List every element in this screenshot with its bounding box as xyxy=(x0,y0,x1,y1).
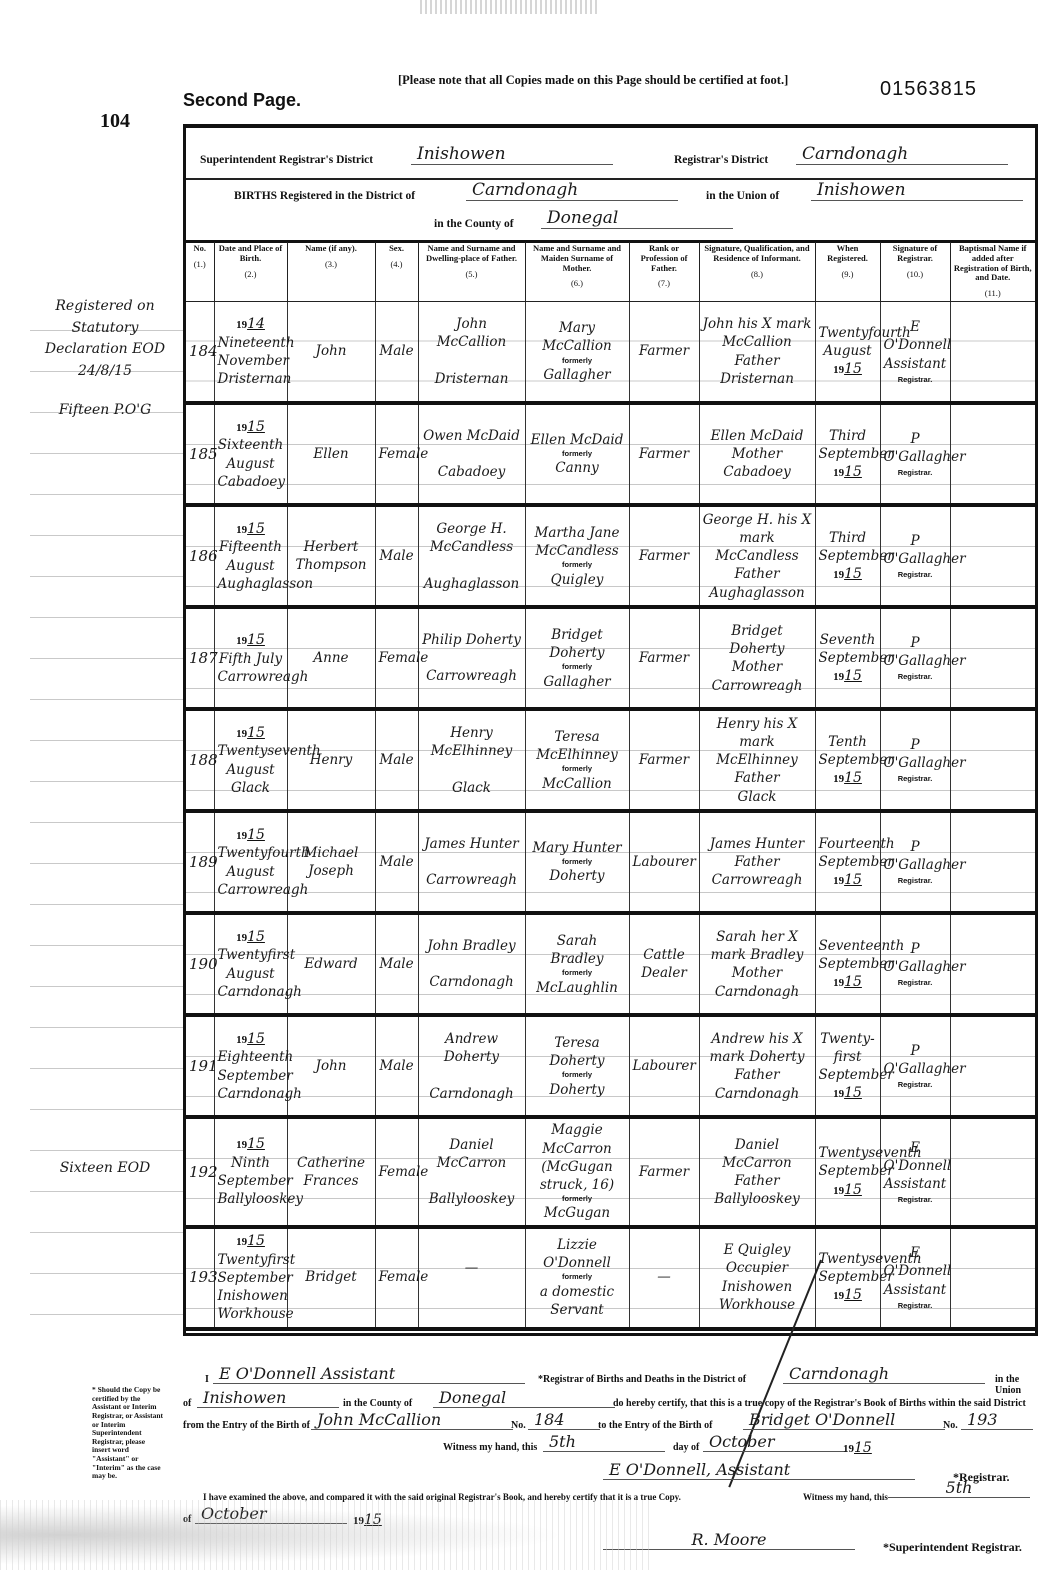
father-profession: Farmer xyxy=(639,1164,689,1180)
cell-registrar: E O'Donnell AssistantRegistrar. xyxy=(880,1117,950,1226)
cell-mother: Teresa McElhinneyformerlyMcCallion xyxy=(525,709,629,811)
year-suffix: 15 xyxy=(844,872,862,888)
informant-signature: Sarah her X mark Bradley xyxy=(711,929,804,963)
birth-place: Inishowen Workhouse xyxy=(218,1288,294,1322)
informant-signature: John his X mark McCallion xyxy=(703,316,812,350)
year-suffix: 15 xyxy=(844,1182,862,1198)
entry-number: 191 xyxy=(189,1057,218,1075)
cert-witness2-label: Witness my hand, this xyxy=(803,1492,888,1502)
year-suffix: 15 xyxy=(247,1031,265,1047)
father-profession: — xyxy=(657,1269,671,1285)
informant-residence: Carrowreagh xyxy=(712,872,803,888)
year-prefix: 19 xyxy=(236,524,247,536)
year-prefix: 19 xyxy=(833,671,844,683)
cell-name: Bridget xyxy=(287,1227,375,1329)
cell-sex: Female xyxy=(375,607,418,709)
column-header-row: No.(1.)Date and Place of Birth.(2.)Name … xyxy=(186,242,1035,301)
registration-year: 1915 xyxy=(833,467,862,479)
cell-name: Edward xyxy=(287,913,375,1015)
year-prefix: 19 xyxy=(236,1139,247,1151)
year-suffix: 15 xyxy=(844,770,862,786)
birth-year: 1915 xyxy=(236,1139,265,1151)
cell-sex: Female xyxy=(375,403,418,505)
birth-place: Aughaglasson xyxy=(218,576,314,592)
table-row: 1911915Eighteenth SeptemberCarndonaghJoh… xyxy=(186,1015,1035,1117)
column-number: (11.) xyxy=(953,289,1034,299)
cell-registrar: P O'GallagherRegistrar. xyxy=(880,913,950,1015)
father-profession: Cattle Dealer xyxy=(641,947,687,981)
cell-informant: James HunterFatherCarrowreagh xyxy=(699,811,815,913)
cell-profession: Farmer xyxy=(629,607,699,709)
cell-registrar: E O'Donnell AssistantRegistrar. xyxy=(880,301,950,403)
mother-maiden-name: Canny xyxy=(555,460,598,476)
cell-mother: Bridget DohertyformerlyGallagher xyxy=(525,607,629,709)
informant-residence: Cabadoey xyxy=(723,464,790,480)
informant-residence: Carndonagh xyxy=(715,1086,799,1102)
mother-maiden-name: Quigley xyxy=(551,572,604,588)
registration-year: 1915 xyxy=(833,671,862,683)
birth-place: Dristernan xyxy=(218,371,292,387)
cell-registrar: E O'Donnell AssistantRegistrar. xyxy=(880,1227,950,1329)
table-row: 1921915Ninth SeptemberBallylooskeyCather… xyxy=(186,1117,1035,1226)
cell-name: Michael Joseph xyxy=(287,811,375,913)
cell-name: John xyxy=(287,1015,375,1117)
year-suffix: 15 xyxy=(844,1287,862,1303)
registrars-district-value: Carndonagh xyxy=(796,144,1008,165)
formerly-label: formerly xyxy=(529,449,626,459)
birth-place: Cabadoey xyxy=(218,474,285,490)
cert-from-name: John McCallion xyxy=(311,1410,513,1430)
informant-qualification: Mother xyxy=(732,659,783,675)
informant-qualification: Father xyxy=(734,854,779,870)
column-header-10: Signature of Registrar.(10.) xyxy=(880,242,950,301)
father-profession: Farmer xyxy=(639,446,689,462)
year-prefix: 19 xyxy=(833,467,844,479)
father-profession: Farmer xyxy=(639,343,689,359)
registration-year: 1915 xyxy=(833,1290,862,1302)
child-name: Anne xyxy=(313,650,348,666)
birth-date: Fifteenth August xyxy=(219,539,282,573)
table-row: 1851915Sixteenth AugustCabadoeyEllenFema… xyxy=(186,403,1035,505)
year-suffix: 15 xyxy=(844,566,862,582)
informant-signature: Andrew his X mark Doherty xyxy=(710,1031,805,1065)
cell-informant: George H. his X mark McCandlessFatherAug… xyxy=(699,505,815,607)
mother-maiden-name: McLaughlin xyxy=(536,980,618,996)
father-name: John Bradley xyxy=(427,938,515,954)
column-number: (8.) xyxy=(702,270,813,280)
formerly-label: formerly xyxy=(529,857,626,867)
cell-no: 190 xyxy=(186,913,214,1015)
cell-name: Anne xyxy=(287,607,375,709)
serial-number: 01563815 xyxy=(880,78,977,101)
superintendent-district-label: Superintendent Registrar's District xyxy=(200,154,373,166)
cell-profession: Farmer xyxy=(629,1117,699,1226)
year-suffix: 15 xyxy=(247,521,265,537)
formerly-label: formerly xyxy=(529,560,626,570)
column-title: Signature of Registrar. xyxy=(893,243,937,263)
cert-certify-text: do hereby certify, that this is a true c… xyxy=(613,1398,1043,1409)
birth-date: Nineteenth November xyxy=(218,335,295,369)
mother-name: Martha Jane McCandless xyxy=(535,525,620,559)
cell-mother: Ellen McDaidformerlyCanny xyxy=(525,403,629,505)
father-dwelling: Cabadoey xyxy=(438,464,505,480)
birth-year: 1915 xyxy=(236,422,265,434)
father-profession: Farmer xyxy=(639,650,689,666)
cert-witness-label: Witness my hand, this xyxy=(443,1442,537,1453)
column-header-11: Baptismal Name if added after Registrati… xyxy=(950,242,1035,301)
column-title: Name and Surname and Maiden Surname of M… xyxy=(533,243,621,273)
column-number: (3.) xyxy=(290,260,373,270)
scan-artifact-bottom xyxy=(0,1500,650,1570)
cell-registrar: P O'GallagherRegistrar. xyxy=(880,403,950,505)
cell-registrar: P O'GallagherRegistrar. xyxy=(880,505,950,607)
cell-date-place: 1915Fifteenth AugustAughaglasson xyxy=(214,505,287,607)
mother-name: Teresa McElhinney xyxy=(536,729,618,763)
cell-no: 185 xyxy=(186,403,214,505)
child-name: Ellen xyxy=(313,446,348,462)
father-profession: Farmer xyxy=(639,548,689,564)
cell-profession: Labourer xyxy=(629,1015,699,1117)
year-suffix: 15 xyxy=(844,361,862,377)
year-suffix: 15 xyxy=(247,725,265,741)
child-name: Herbert Thompson xyxy=(295,539,366,573)
column-number: (2.) xyxy=(217,270,285,280)
column-header-3: Name (if any).(3.) xyxy=(287,242,375,301)
superintendent-district-value: Inishowen xyxy=(411,144,613,165)
informant-residence: Carndonagh xyxy=(715,984,799,1000)
cell-registered: Seventh September1915 xyxy=(815,607,880,709)
registration-year: 1915 xyxy=(833,364,862,376)
column-number: (5.) xyxy=(421,270,523,280)
year-suffix: 15 xyxy=(247,827,265,843)
child-sex: Female xyxy=(379,650,429,666)
table-row: 1931915Twentyfirst SeptemberInishowen Wo… xyxy=(186,1227,1035,1329)
cell-date-place: 1915Ninth SeptemberBallylooskey xyxy=(214,1117,287,1226)
birth-place: Carndonagh xyxy=(218,1086,302,1102)
birth-year: 1915 xyxy=(236,830,265,842)
column-header-9: When Registered.(9.) xyxy=(815,242,880,301)
mother-name: Mary McCallion xyxy=(542,320,612,354)
cert-signature: E O'Donnell, Assistant xyxy=(603,1460,915,1480)
year-prefix: 19 xyxy=(236,635,247,647)
cell-date-place: 1915Twentyseventh AugustGlack xyxy=(214,709,287,811)
registration-year: 1915 xyxy=(833,773,862,785)
cell-informant: John his X mark McCallionFatherDristerna… xyxy=(699,301,815,403)
father-profession: Farmer xyxy=(639,752,689,768)
cell-profession: Farmer xyxy=(629,301,699,403)
cell-sex: Male xyxy=(375,709,418,811)
column-title: Rank or Profession of Father. xyxy=(641,243,688,273)
cell-date-place: 1915Twentyfourth AugustCarrowreagh xyxy=(214,811,287,913)
cell-registered: Tenth September1915 xyxy=(815,709,880,811)
birth-year: 1915 xyxy=(236,1236,265,1248)
informant-qualification: Father xyxy=(734,1067,779,1083)
table-row: 1871915Fifth JulyCarrowreaghAnneFemalePh… xyxy=(186,607,1035,709)
cell-profession: Labourer xyxy=(629,811,699,913)
child-sex: Male xyxy=(379,1058,413,1074)
cell-informant: Daniel McCarronFatherBallylooskey xyxy=(699,1117,815,1226)
father-profession: Labourer xyxy=(633,1058,696,1074)
formerly-label: formerly xyxy=(529,1070,626,1080)
column-header-6: Name and Surname and Maiden Surname of M… xyxy=(525,242,629,301)
year-prefix: 19 xyxy=(236,728,247,740)
cell-profession: Farmer xyxy=(629,403,699,505)
column-header-2: Date and Place of Birth.(2.) xyxy=(214,242,287,301)
cert-of-label: of xyxy=(183,1398,191,1409)
father-dwelling: Glack xyxy=(452,780,491,796)
cell-date-place: 1915Sixteenth AugustCabadoey xyxy=(214,403,287,505)
cell-mother: Lizzie O'Donnellformerlya domestic Serva… xyxy=(525,1227,629,1329)
cell-sex: Male xyxy=(375,1015,418,1117)
registrar-label: Registrar. xyxy=(884,570,947,580)
cert-superintendent-label: *Superintendent Registrar. xyxy=(883,1540,1022,1555)
child-name: Bridget xyxy=(305,1269,356,1285)
cell-informant: Henry his X mark McElhinneyFatherGlack xyxy=(699,709,815,811)
father-dwelling: Carrowreagh xyxy=(426,872,517,888)
cell-date-place: 1915Fifth JulyCarrowreagh xyxy=(214,607,287,709)
registrar-label: Registrar. xyxy=(884,1301,947,1311)
birth-place: Glack xyxy=(231,780,270,796)
birth-year: 1915 xyxy=(236,1034,265,1046)
cell-no: 191 xyxy=(186,1015,214,1117)
registrar-label: Registrar. xyxy=(884,774,947,784)
column-title: Name and Surname and Dwelling-place of F… xyxy=(426,243,517,263)
register-frame: Superintendent Registrar's District Inis… xyxy=(183,124,1038,1336)
father-name: George H. McCandless xyxy=(430,521,513,555)
informant-residence: Dristernan xyxy=(720,371,794,387)
table-row: 1861915Fifteenth AugustAughaglassonHerbe… xyxy=(186,505,1035,607)
registrar-label: Registrar. xyxy=(884,468,947,478)
birth-date: Twentyfirst August xyxy=(218,947,296,981)
cell-father: Henry McElhinneyGlack xyxy=(418,709,525,811)
father-dwelling: Carrowreagh xyxy=(426,668,517,684)
father-dwelling: Carndonagh xyxy=(429,1086,513,1102)
column-number: (4.) xyxy=(378,260,416,270)
informant-signature: Bridget Doherty xyxy=(729,623,784,657)
registration-year: 1915 xyxy=(833,1185,862,1197)
cell-name: Catherine Frances xyxy=(287,1117,375,1226)
informant-qualification: Father xyxy=(734,1173,779,1189)
cell-informant: Bridget DohertyMotherCarrowreagh xyxy=(699,607,815,709)
cell-date-place: 1915Eighteenth SeptemberCarndonagh xyxy=(214,1015,287,1117)
birth-year: 1915 xyxy=(236,932,265,944)
cell-mother: Mary McCallionformerlyGallagher xyxy=(525,301,629,403)
cert-to-no: 193 xyxy=(961,1410,1033,1430)
year-suffix: 15 xyxy=(247,632,265,648)
year-prefix: 19 xyxy=(236,422,247,434)
cert-witness-month: October xyxy=(703,1432,845,1452)
year-suffix: 15 xyxy=(844,464,862,480)
cell-no: 189 xyxy=(186,811,214,913)
year-suffix: 15 xyxy=(854,1440,872,1456)
cell-date-place: 1914Nineteenth NovemberDristernan xyxy=(214,301,287,403)
child-name: John xyxy=(316,343,347,359)
child-name: Michael Joseph xyxy=(304,845,359,879)
year-suffix: 15 xyxy=(247,1233,265,1249)
child-sex: Male xyxy=(379,343,413,359)
birth-year: 1915 xyxy=(236,728,265,740)
mother-name: Ellen McDaid xyxy=(531,432,624,448)
cell-name: John xyxy=(287,301,375,403)
cell-father: George H. McCandlessAughaglasson xyxy=(418,505,525,607)
column-title: No. xyxy=(193,243,206,253)
father-name: Andrew Doherty xyxy=(444,1031,499,1065)
entry-number: 184 xyxy=(189,342,218,360)
column-header-5: Name and Surname and Dwelling-place of F… xyxy=(418,242,525,301)
child-sex: Female xyxy=(379,446,429,462)
cell-registrar: P O'GallagherRegistrar. xyxy=(880,1015,950,1117)
year-prefix: 19 xyxy=(833,1290,844,1302)
cell-baptismal xyxy=(950,301,1035,403)
margin-note-184: Registered on Statutory Declaration EOD … xyxy=(30,296,180,383)
informant-residence: Ballylooskey xyxy=(714,1191,800,1207)
birth-place: Ballylooskey xyxy=(218,1191,304,1207)
registrar-label: Registrar. xyxy=(884,375,947,385)
table-row: 1891915Twentyfourth AugustCarrowreaghMic… xyxy=(186,811,1035,913)
informant-qualification: Mother xyxy=(732,446,783,462)
cell-father: James HunterCarrowreagh xyxy=(418,811,525,913)
column-header-4: Sex.(4.) xyxy=(375,242,418,301)
registrar-label: Registrar. xyxy=(884,672,947,682)
cell-mother: Sarah BradleyformerlyMcLaughlin xyxy=(525,913,629,1015)
margin-ruled-lines xyxy=(30,290,183,1340)
child-name: John xyxy=(316,1058,347,1074)
father-name: Henry McElhinney xyxy=(431,725,513,759)
cell-father: John BradleyCarndonagh xyxy=(418,913,525,1015)
certification-note: [Please note that all Copies made on thi… xyxy=(398,73,788,88)
informant-signature: George H. his X mark McCandless xyxy=(703,512,811,564)
cell-informant: Andrew his X mark DohertyFatherCarndonag… xyxy=(699,1015,815,1117)
year-suffix: 14 xyxy=(247,316,265,332)
birth-date: Fifth July xyxy=(219,651,282,667)
cell-sex: Male xyxy=(375,505,418,607)
cell-registrar: P O'GallagherRegistrar. xyxy=(880,811,950,913)
father-dwelling: Aughaglasson xyxy=(424,576,520,592)
birth-date: Ninth September xyxy=(218,1155,293,1189)
table-row: 1901915Twentyfirst AugustCarndonaghEdwar… xyxy=(186,913,1035,1015)
cell-informant: Sarah her X mark BradleyMotherCarndonagh xyxy=(699,913,815,1015)
mother-name: Mary Hunter xyxy=(532,840,621,856)
cell-registered: Third September1915 xyxy=(815,403,880,505)
year-suffix: 15 xyxy=(247,929,265,945)
formerly-label: formerly xyxy=(529,764,626,774)
birth-place: Carndonagh xyxy=(218,984,302,1000)
formerly-label: formerly xyxy=(529,1194,626,1204)
year-prefix: 19 xyxy=(236,1034,247,1046)
cell-father: Owen McDaidCabadoey xyxy=(418,403,525,505)
page-title: Second Page. xyxy=(183,90,301,111)
registrar-label: Registrar. xyxy=(884,876,947,886)
margin-note-192: Sixteen EOD xyxy=(30,1158,180,1180)
father-name: Owen McDaid xyxy=(423,428,520,444)
mother-name: Teresa Doherty xyxy=(549,1035,604,1069)
year-prefix: 19 xyxy=(833,569,844,581)
cell-father: John McCallionDristernan xyxy=(418,301,525,403)
cell-no: 186 xyxy=(186,505,214,607)
child-sex: Male xyxy=(379,854,413,870)
registration-year: 1915 xyxy=(833,977,862,989)
cert-witness-day: 5th xyxy=(543,1432,665,1452)
cell-no: 192 xyxy=(186,1117,214,1226)
entry-number: 190 xyxy=(189,955,218,973)
cell-baptismal xyxy=(950,1117,1035,1226)
child-sex: Female xyxy=(379,1269,429,1285)
cert-to-label: to the Entry of the Birth of xyxy=(598,1420,712,1431)
child-name: Edward xyxy=(304,956,357,972)
cell-name: Ellen xyxy=(287,403,375,505)
cert-union: Inishowen xyxy=(197,1388,339,1408)
column-number: (9.) xyxy=(818,270,878,280)
cert-registrar-of-label: *Registrar of Births and Deaths in the D… xyxy=(538,1374,746,1385)
column-header-1: No.(1.) xyxy=(186,242,214,301)
county-label: in the County of xyxy=(434,218,514,230)
entry-number: 185 xyxy=(189,445,218,463)
scan-artifact xyxy=(420,0,600,14)
father-dwelling: Ballylooskey xyxy=(429,1191,515,1207)
cell-registered: Twentyfourth August1915 xyxy=(815,301,880,403)
cert-witness-year: 1915 xyxy=(843,1440,872,1456)
mother-maiden-name: Doherty xyxy=(549,868,604,884)
cert-district: Carndonagh xyxy=(783,1364,985,1384)
cert-from-no: 184 xyxy=(528,1410,600,1430)
year-prefix: 19 xyxy=(236,1236,247,1248)
formerly-label: formerly xyxy=(529,662,626,672)
informant-signature: Henry his X mark McElhinney xyxy=(716,716,798,768)
informant-residence: Carrowreagh xyxy=(712,678,803,694)
father-name: Daniel McCarron xyxy=(437,1137,507,1171)
cert-day-of-label: day of xyxy=(673,1442,699,1453)
column-title: When Registered. xyxy=(827,243,868,263)
registrar-label: Registrar. xyxy=(884,978,947,988)
informant-signature: E Quigley xyxy=(724,1242,791,1258)
cell-registered: Seventeenth September1915 xyxy=(815,913,880,1015)
cell-name: Henry xyxy=(287,709,375,811)
cell-registered: Third September1915 xyxy=(815,505,880,607)
registration-year: 1915 xyxy=(833,569,862,581)
year-prefix: 19 xyxy=(833,1185,844,1197)
year-prefix: 19 xyxy=(843,1443,854,1455)
child-sex: Male xyxy=(379,752,413,768)
father-dwelling: Carndonagh xyxy=(429,974,513,990)
year-prefix: 19 xyxy=(833,773,844,785)
informant-qualification: Mother xyxy=(732,965,783,981)
cell-sex: Male xyxy=(375,301,418,403)
county-value: Donegal xyxy=(541,208,733,229)
father-name: James Hunter xyxy=(424,836,519,852)
mother-name: Maggie McCarron (McGugan struck, 16) xyxy=(540,1122,614,1193)
informant-qualification: Father xyxy=(734,770,779,786)
year-prefix: 19 xyxy=(236,319,247,331)
mother-maiden-name: McGugan xyxy=(544,1205,610,1221)
column-number: (1.) xyxy=(188,260,212,270)
mother-maiden-name: Gallagher xyxy=(543,674,610,690)
birth-date: Eighteenth September xyxy=(218,1049,294,1083)
cell-registered: Twentyseventh September1915 xyxy=(815,1117,880,1226)
year-prefix: 19 xyxy=(833,977,844,989)
cell-registered: Twentyseventh September1915 xyxy=(815,1227,880,1329)
year-suffix: 15 xyxy=(247,419,265,435)
year-suffix: 15 xyxy=(844,668,862,684)
cell-sex: Male xyxy=(375,913,418,1015)
cell-no: 187 xyxy=(186,607,214,709)
entry-number: 192 xyxy=(189,1163,218,1181)
column-title: Date and Place of Birth. xyxy=(219,243,283,263)
birth-register-table: No.(1.)Date and Place of Birth.(2.)Name … xyxy=(186,242,1035,1331)
informant-residence: Aughaglasson xyxy=(709,585,805,601)
births-header: BIRTHS Registered in the District of Car… xyxy=(186,178,1035,243)
child-sex: Male xyxy=(379,548,413,564)
informant-residence: Glack xyxy=(738,789,777,805)
